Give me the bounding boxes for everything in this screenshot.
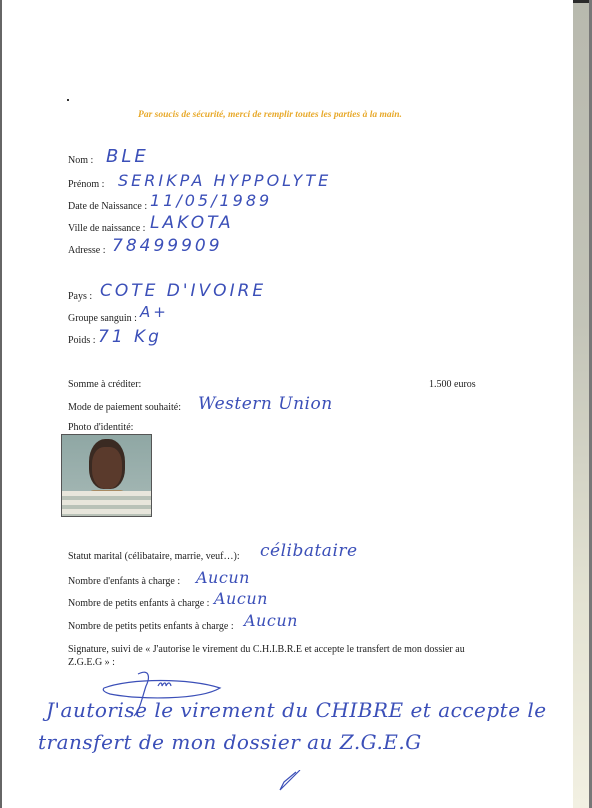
- scanned-form-page: Par soucis de sécurité, merci de remplir…: [0, 0, 592, 808]
- petits-enfants-label: Nombre de petits enfants à charge :: [68, 598, 209, 609]
- date-naissance-label: Date de Naissance :: [68, 201, 147, 212]
- scan-left-edge: [0, 0, 2, 808]
- scan-right-shadow: [573, 0, 589, 808]
- groupe-sanguin-label: Groupe sanguin :: [68, 313, 137, 324]
- pays-value: COTE D'IVOIRE: [100, 281, 266, 301]
- petits-petits-enfants-label: Nombre de petits petits enfants à charge…: [68, 621, 234, 632]
- security-notice: Par soucis de sécurité, merci de remplir…: [0, 110, 540, 120]
- identity-photo: [61, 434, 152, 517]
- adresse-value: 78499909: [112, 236, 223, 256]
- groupe-sanguin-value: A+: [140, 303, 169, 321]
- enfants-label: Nombre d'enfants à charge :: [68, 576, 180, 587]
- pen-stroke: [270, 770, 310, 794]
- handwritten-authorization-line2: transfert de mon dossier au Z.G.E.G: [38, 730, 422, 754]
- statut-marital-label: Statut marital (célibataire, marrie, veu…: [68, 551, 240, 562]
- adresse-label: Adresse :: [68, 245, 106, 256]
- photo-label: Photo d'identité:: [68, 422, 133, 433]
- poids-value: 71 Kg: [98, 327, 162, 347]
- prenom-label: Prénom :: [68, 179, 104, 190]
- statut-marital-value: célibataire: [260, 541, 358, 561]
- nom-value: BLE: [106, 146, 149, 167]
- prenom-value: SERIKPA HYPPOLYTE: [118, 171, 331, 190]
- paiement-value: Western Union: [198, 394, 333, 414]
- poids-label: Poids :: [68, 335, 96, 346]
- date-naissance-value: 11/05/1989: [150, 191, 272, 210]
- speck: [67, 99, 69, 101]
- somme-label: Somme à créditer:: [68, 379, 141, 390]
- scan-right-shadow-top: [573, 0, 589, 3]
- enfants-value: Aucun: [196, 568, 250, 587]
- pays-label: Pays :: [68, 291, 92, 302]
- nom-label: Nom :: [68, 155, 93, 166]
- ville-naissance-value: LAKOTA: [150, 213, 234, 233]
- signature-instruction-line1: Signature, suivi de « J'autorise le vire…: [68, 644, 465, 655]
- somme-value: 1.500 euros: [429, 379, 476, 390]
- petits-petits-enfants-value: Aucun: [244, 611, 298, 630]
- paiement-label: Mode de paiement souhaité:: [68, 402, 181, 413]
- ville-naissance-label: Ville de naissance :: [68, 223, 145, 234]
- handwritten-authorization-line1: J'autorise le virement du CHIBRE et acce…: [46, 698, 547, 722]
- petits-enfants-value: Aucun: [214, 589, 268, 608]
